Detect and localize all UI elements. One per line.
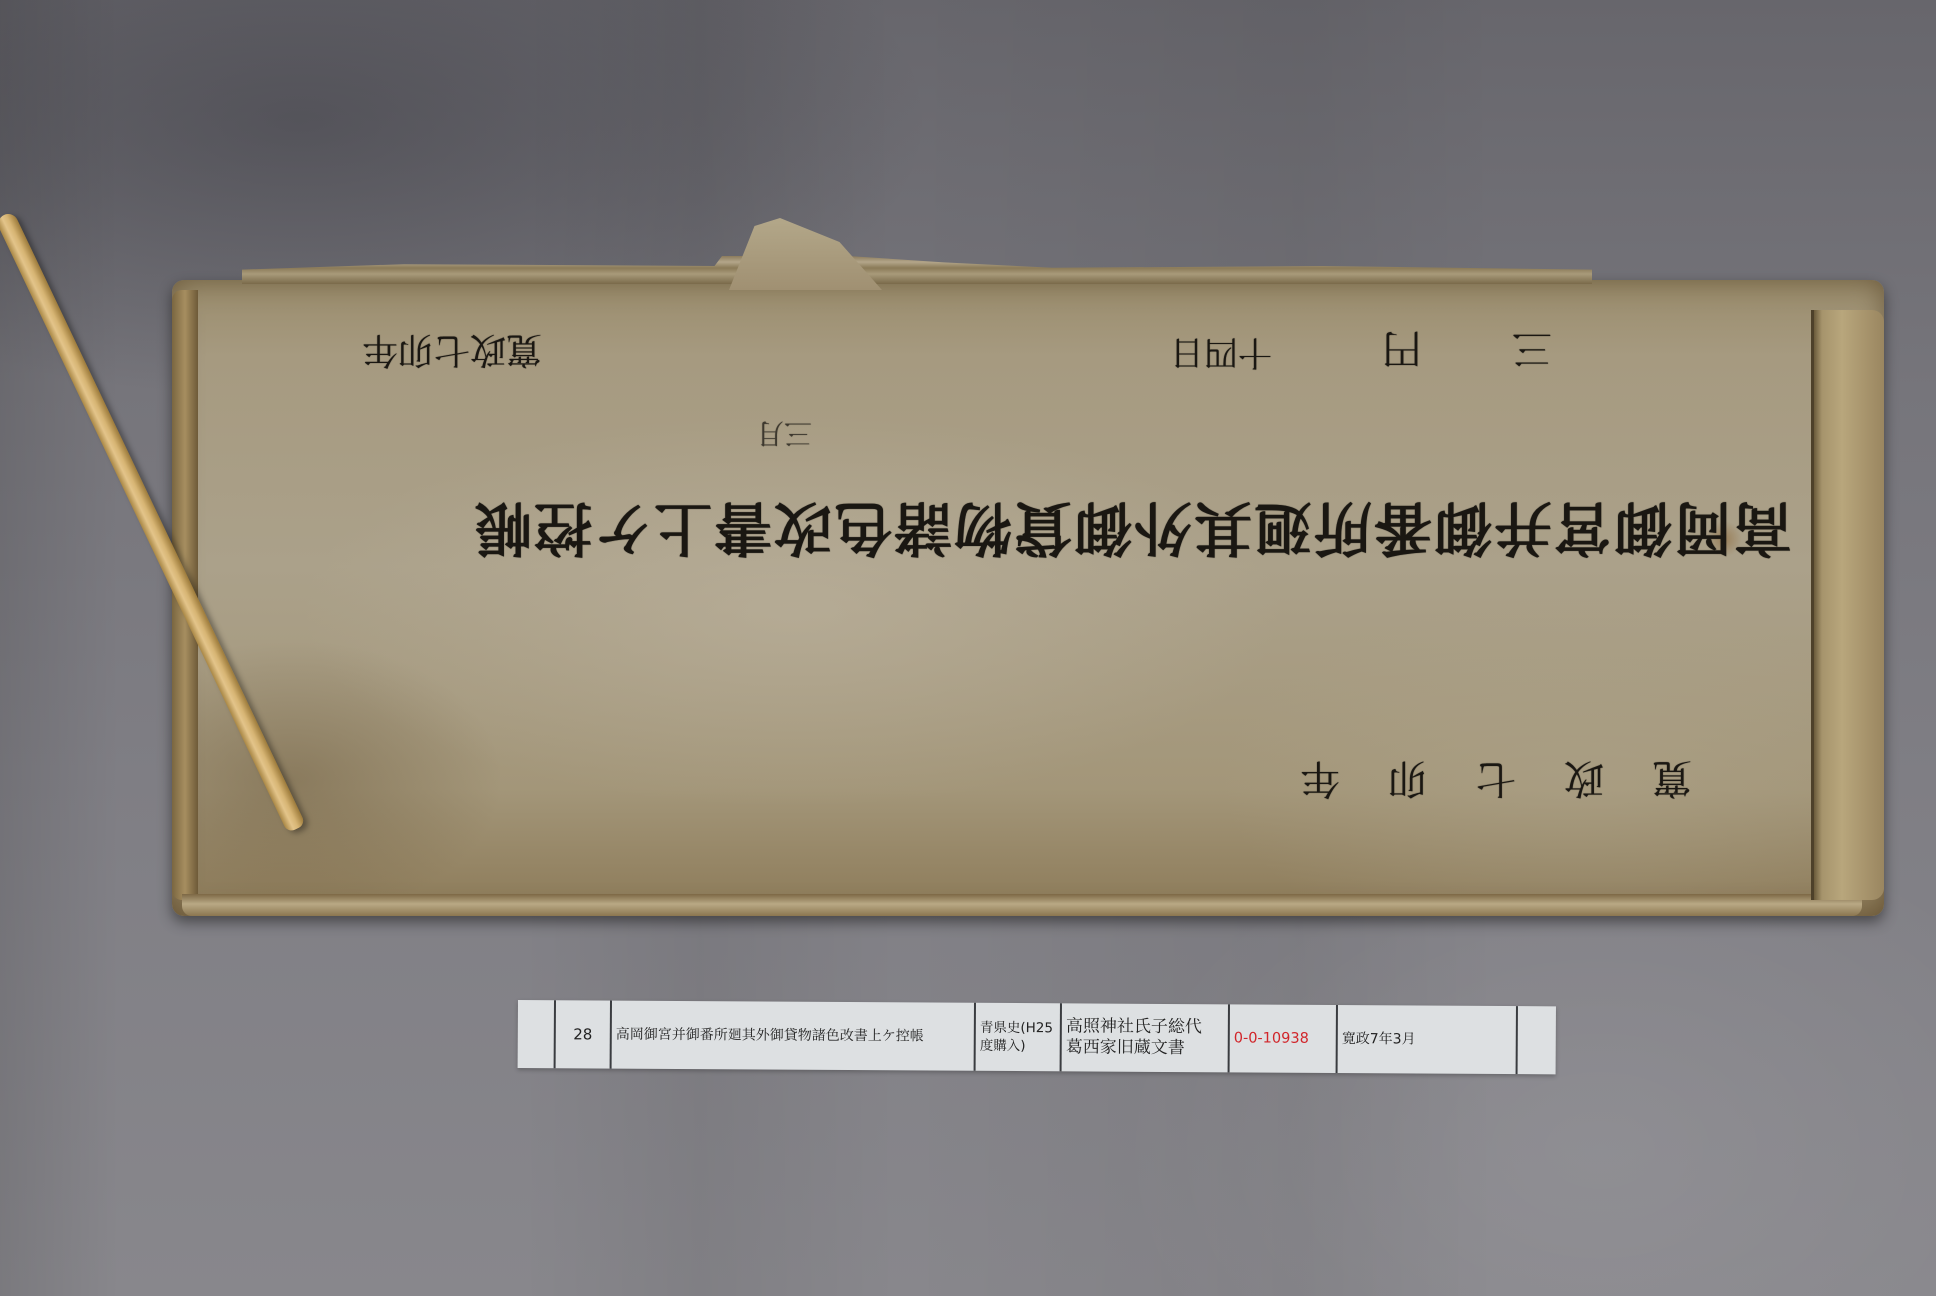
top-mark-1: 三 (1512, 323, 1552, 380)
label-source-line1: 青県史(H25 (980, 1019, 1053, 1037)
label-title: 高岡御宮并御番所廻其外御貸物諸色改書上ケ控帳 (612, 1001, 976, 1071)
document-cover-flap (1811, 310, 1884, 900)
label-source: 青県史(H25 度購入) (976, 1003, 1062, 1072)
label-collection-line2: 葛西家旧蔵文書 (1066, 1037, 1185, 1059)
label-item-number: 28 (556, 1000, 612, 1068)
bottom-mark: 卯 (1340, 755, 1428, 801)
label-blank-cell (518, 1000, 556, 1068)
bottom-date-inscription: 寛政七卯年 (1252, 753, 1692, 810)
era-inscription: 寛政七卯年 (362, 327, 542, 378)
top-mark-3: 十四日 (1170, 331, 1272, 380)
label-collection: 高照神社氏子総代 葛西家旧蔵文書 (1062, 1003, 1230, 1072)
document-page-layers (242, 248, 1592, 284)
label-catalog-id: 0-0-10938 (1230, 1004, 1338, 1073)
label-date: 寛政7年3月 (1338, 1005, 1518, 1074)
archival-document: 高岡御宮并御番所廻其外御貸物諸色改書上ケ控帳 寛政七卯年 三月 三 円 十四日 … (172, 280, 1884, 916)
bottom-mark: 七 (1428, 755, 1516, 801)
catalog-label-strip: 28 高岡御宮并御番所廻其外御貸物諸色改書上ケ控帳 青県史(H25 度購入) 高… (518, 1000, 1556, 1074)
month-inscription: 三月 (756, 415, 812, 455)
bottom-mark: 政 (1516, 755, 1604, 801)
label-source-line2: 度購入) (980, 1037, 1026, 1055)
top-mark-2: 円 (1382, 323, 1422, 380)
bottom-mark: 年 (1252, 755, 1340, 801)
document-bottom-edge (182, 894, 1862, 916)
label-blank-cell (1518, 1006, 1556, 1074)
label-collection-line1: 高照神社氏子総代 (1066, 1016, 1202, 1038)
main-title-calligraphy: 高岡御宮并御番所廻其外御貸物諸色改書上ケ控帳 (472, 491, 1792, 575)
bottom-mark: 寛 (1604, 755, 1692, 801)
